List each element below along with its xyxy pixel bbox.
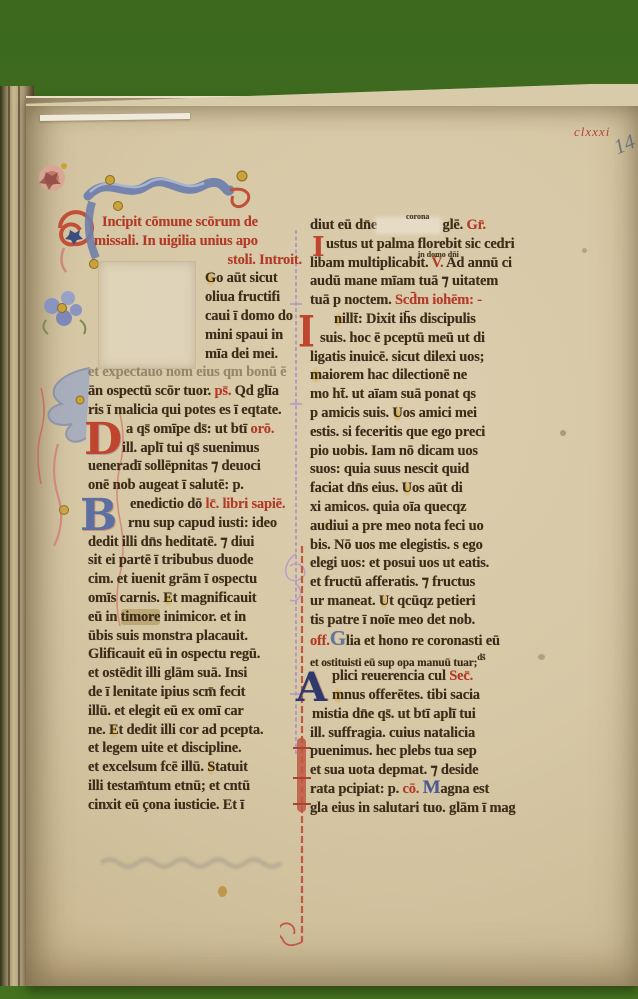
body-text: nus offerētes. tibi sacia xyxy=(344,687,480,703)
text-line: cim. et iuenit grām ī ospectu xyxy=(88,571,302,590)
body-text: a qs̄ omīpe ds̄: ut btī xyxy=(126,421,251,437)
page-edge-crease xyxy=(8,86,10,986)
body-text: tuā p noctem. xyxy=(310,292,395,308)
text-line: et legem uite et discipline. xyxy=(88,740,302,759)
body-text: audiui a pre meo nota feci uo xyxy=(310,518,484,534)
body-text: G xyxy=(330,626,346,650)
body-text: eū in xyxy=(88,609,121,625)
text-line: diut eū dn̄e glē. Gr̄.corona xyxy=(310,217,548,236)
text-line: rnu sup capud iusti: ideo xyxy=(88,515,342,534)
body-text: t magnificauit xyxy=(173,590,257,606)
text-line: ill. suffragia. cuius natalicia xyxy=(310,725,548,744)
rubric-text: Incipit cōmune scōrum de xyxy=(102,214,258,230)
body-text: am nō dicam uos xyxy=(377,443,478,459)
interlinear-note: in domo dn̄i xyxy=(418,246,459,263)
text-line: dedit illi dn̄s heditatē. ⁊ diui xyxy=(88,534,302,553)
illuminated-initial-I: I xyxy=(312,232,325,263)
body-text: o aūt sicut xyxy=(216,270,277,286)
body-text: caui ī domo do xyxy=(205,308,293,324)
text-line: stoli. Introit. xyxy=(88,252,302,271)
text-line: suis. hoc ē pceptū meū ut di xyxy=(310,330,558,349)
folio-number: clxxxi xyxy=(574,124,610,140)
rubric-text: ps̄. xyxy=(215,383,232,399)
body-text: illt̄: Dixit ih̄s discipulis xyxy=(342,311,476,327)
body-text: aiorem hac dilectionē ne xyxy=(322,367,467,383)
body-text: rnu sup capud iusti: ideo xyxy=(128,515,277,531)
text-line: audū mane mīam tuā ⁊ uitatem xyxy=(310,273,548,292)
body-text: U xyxy=(379,593,389,609)
text-line: illū. et elegit eū ex omī car xyxy=(88,703,302,722)
body-text: illū. et elegit eū ex omī car xyxy=(88,703,244,719)
body-text: glē. xyxy=(439,217,466,233)
rubric-text: Sec̄. xyxy=(449,668,473,684)
text-line: xi amicos. quia oīa quecqz xyxy=(310,499,548,518)
text-line: et ostituisti eū sup opa manuū tuar;ds̄ xyxy=(310,649,548,668)
body-text: mistia dn̄e qs̄. ut btī aplī tui xyxy=(312,706,476,722)
rubric-text: orō. xyxy=(251,421,275,437)
text-line: ill. aplī tui qs̄ suenimus xyxy=(88,440,336,459)
body-text: G xyxy=(205,270,216,286)
body-text: sit ei partē ī tribubus duode xyxy=(88,552,253,568)
rubric-text: Gr̄. xyxy=(467,217,486,233)
body-text: S xyxy=(207,759,215,775)
body-text: et sua uota depmat. ⁊ deside xyxy=(310,762,478,778)
text-line: suos: quia suus nescit quid xyxy=(310,461,548,480)
illuminated-initial-D: D xyxy=(84,414,122,465)
page-edge-crease xyxy=(18,86,20,986)
text-line: eū in timore inimicor. et in xyxy=(88,609,302,628)
rubric-text: Scd̄m iohēm: - xyxy=(395,292,482,308)
interlinear-note: corona xyxy=(406,208,429,225)
text-line: nillt̄: Dixit ih̄s discipulis xyxy=(310,311,572,330)
text-line: cinxit eū çona iusticie. Et ī xyxy=(88,797,302,816)
stain xyxy=(582,248,587,253)
rubric-text: cō. xyxy=(402,781,419,797)
text-line: onē nob augeat ī salutē: p. xyxy=(88,477,302,496)
text-line: maiorem hac dilectionē ne xyxy=(310,367,548,386)
body-text: ur maneat. xyxy=(310,593,379,609)
body-text: omīs carnis. xyxy=(88,590,163,606)
body-text: Glificauit eū in ospectu regū. xyxy=(88,646,260,662)
body-text: plici reuerencia cul xyxy=(332,668,449,684)
text-line: gla eius in salutari tuo. glām ī mag xyxy=(310,800,548,819)
text-column-right: diut eū dn̄e glē. Gr̄.coronaustus ut pal… xyxy=(310,217,548,857)
text-line: et excelsum fcē illū. Statuit xyxy=(88,759,302,778)
body-text: timore xyxy=(121,609,161,625)
body-text: p amicis suis. xyxy=(310,405,392,421)
text-line: bis. Nō uos me elegistis. s ego xyxy=(310,537,548,556)
paper-slip xyxy=(40,113,190,121)
body-text: m xyxy=(310,367,322,383)
text-line: puenimus. hec plebs tua sep xyxy=(310,743,548,762)
body-text: suis. hoc ē pceptū meū ut di xyxy=(320,330,485,346)
red-spiral-terminal xyxy=(280,923,302,945)
text-line: et expectauo nom eius qm bonū ē xyxy=(88,364,302,383)
rubric-text: stoli. Introit. xyxy=(228,252,302,268)
body-text: bis. Nō uos me elegistis. s ego xyxy=(310,537,483,553)
body-text: libam multiplicabit. xyxy=(310,255,432,271)
text-line: omīs carnis. Et magnificauit xyxy=(88,590,302,609)
body-text: ds̄ xyxy=(477,652,485,662)
body-text: et excelsum fcē illū. xyxy=(88,759,207,775)
text-line: et fructū afferatis. ⁊ fructus xyxy=(310,574,548,593)
text-column-left: Incipit cōmune scōrum demissali. In uigi… xyxy=(88,214,302,844)
text-line: ur maneat. Ut qcūqz petieri xyxy=(310,593,548,612)
body-text: et ostēdit illi glām suā. Insi xyxy=(88,665,247,681)
body-text: mo ht̄. ut aīam suā ponat qs xyxy=(310,386,476,402)
text-line: mnus offerētes. tibi sacia xyxy=(310,687,570,706)
body-text: mini spaui in xyxy=(205,327,283,343)
body-text: et fructū afferatis. ⁊ fructus xyxy=(310,574,475,590)
text-line: plici reuerencia cul Sec̄. xyxy=(310,668,570,687)
text-line: illi testam̄tum etnū; et cntū xyxy=(88,778,302,797)
text-line: et ostēdit illi glām suā. Insi xyxy=(88,665,302,684)
body-text: Qd glīa xyxy=(231,383,279,399)
body-text: M xyxy=(423,777,441,798)
text-line: Glificauit eū in ospectu regū. xyxy=(88,646,302,665)
pencil-foliation: 14 xyxy=(610,129,638,160)
body-text: cinxit eū çona iusticie. Et ī xyxy=(88,797,244,813)
text-line: a qs̄ omīpe ds̄: ut btī orō. xyxy=(88,421,340,440)
body-text: ne. xyxy=(88,722,109,738)
body-text: cim. et iuenit grām ī ospectu xyxy=(88,571,257,587)
body-text: os amici mei xyxy=(403,405,477,421)
body-text: agna est xyxy=(440,781,489,797)
text-line: sit ei partē ī tribubus duode xyxy=(88,552,302,571)
text-line: Incipit cōmune scōrum de xyxy=(88,214,316,233)
text-line: rata pcipiat: p. cō. Magna est xyxy=(310,781,548,800)
text-line: mistia dn̄e qs̄. ut btī aplī tui xyxy=(310,706,550,725)
stain xyxy=(218,886,227,897)
body-text: audū mane mīam tuā ⁊ uitatem xyxy=(310,273,498,289)
body-text: ill. aplī tui qs̄ suenimus xyxy=(122,440,259,456)
text-line: audiui a pre meo nota feci uo xyxy=(310,518,548,537)
blue-flower-ornament xyxy=(36,286,92,338)
erased-inscription xyxy=(96,852,306,872)
text-line: off.Glia et hono re coronasti eū xyxy=(310,631,548,650)
body-text: inimicor. et in xyxy=(160,609,246,625)
body-text: m xyxy=(332,687,344,703)
rubric-text: missali. In uigilia unius apo xyxy=(94,233,258,249)
text-line: elegi uos: et posui uos ut eatis. xyxy=(310,555,548,574)
illuminated-initial-I: I xyxy=(298,307,315,357)
text-line: mo ht̄. ut aīam suā ponat qs xyxy=(310,386,548,405)
body-text: illi testam̄tum etnū; et cntū xyxy=(88,778,250,794)
text-line: p amicis suis. Uos amici mei xyxy=(310,405,548,424)
page-top-edge xyxy=(26,84,638,106)
illuminated-initial-B: B xyxy=(80,490,117,541)
body-text: xi amicos. quia oīa quecqz xyxy=(310,499,466,515)
body-text: gla eius in salutari tuo. glām ī mag xyxy=(310,800,515,816)
text-line: de ī lenitate ipius scm̄ fecit xyxy=(88,684,302,703)
body-text: U xyxy=(402,480,412,496)
body-text: ūbis suis monstra placauit. xyxy=(88,628,248,644)
body-text: lia et hono re coronasti eū xyxy=(346,633,500,649)
body-text: de ī lenitate ipius scm̄ fecit xyxy=(88,684,245,700)
body-text: U xyxy=(392,405,402,421)
rubric-text: off. xyxy=(310,633,330,649)
body-text: elegi uos: et posui uos ut eatis. xyxy=(310,555,489,571)
body-text: estis. si feceritis que ego preci xyxy=(310,424,485,440)
text-line: faciat dn̄s eius. Uos aūt di xyxy=(310,480,548,499)
body-text: pio uobis. xyxy=(310,443,371,459)
body-text: n xyxy=(334,311,342,327)
text-line: pio uobis. Iam nō dicam uos xyxy=(310,443,548,462)
rose-corner-ornament xyxy=(39,163,67,191)
body-text: et expectauo nom eius qm bonū ē xyxy=(88,364,286,380)
text-line: ne. Et dedit illi cor ad pcepta. xyxy=(88,722,302,741)
body-text: rata pcipiat: p. xyxy=(310,781,402,797)
text-line: enedictio dō lc̄. libri sapiē. xyxy=(88,496,344,515)
body-text: ān ospectū scōr tuor. xyxy=(88,383,215,399)
body-text: t dedit illi cor ad pcepta. xyxy=(118,722,263,738)
body-text: E xyxy=(163,590,172,606)
manuscript-photo: clxxxi 14 xyxy=(0,0,638,999)
body-text: diut eū dn̄e xyxy=(310,217,377,233)
body-text: E xyxy=(109,722,118,738)
rubric-text: lc̄. libri sapiē. xyxy=(206,496,286,512)
body-text: tatuit xyxy=(215,759,248,775)
text-line: tuā p noctem. Scd̄m iohēm: - xyxy=(310,292,548,311)
body-text: faciat dn̄s eius. xyxy=(310,480,402,496)
body-text: puenimus. hec plebs tua sep xyxy=(310,743,477,759)
body-text: ill. suffragia. cuius natalicia xyxy=(310,725,475,741)
body-text: enedictio dō xyxy=(130,496,206,512)
body-text: et legem uite et discipline. xyxy=(88,740,241,756)
body-text: mīa dei mei. xyxy=(205,346,278,362)
body-text: t qcūqz petieri xyxy=(389,593,475,609)
text-line: ligatis inuicē. sicut dilexi uos; xyxy=(310,349,548,368)
text-line: missali. In uigilia unius apo xyxy=(88,233,308,252)
text-line: estis. si feceritis que ego preci xyxy=(310,424,548,443)
margin-red-squiggle xyxy=(32,384,50,488)
text-line: ūbis suis monstra placauit. xyxy=(88,628,302,647)
illuminated-initial-A: A xyxy=(296,664,327,711)
text-line: libam multiplicabit. V̄. Ad annū ciin do… xyxy=(310,255,548,274)
manuscript-page: clxxxi 14 xyxy=(26,96,638,986)
body-text: os aūt di xyxy=(412,480,463,496)
text-line: ān ospectū scōr tuor. ps̄. Qd glīa xyxy=(88,383,302,402)
body-text: suos: quia suus nescit quid xyxy=(310,461,469,477)
stain xyxy=(560,430,566,436)
body-text: oliua fructifi xyxy=(205,289,280,305)
body-text: ligatis inuicē. sicut dilexi uos; xyxy=(310,349,484,365)
